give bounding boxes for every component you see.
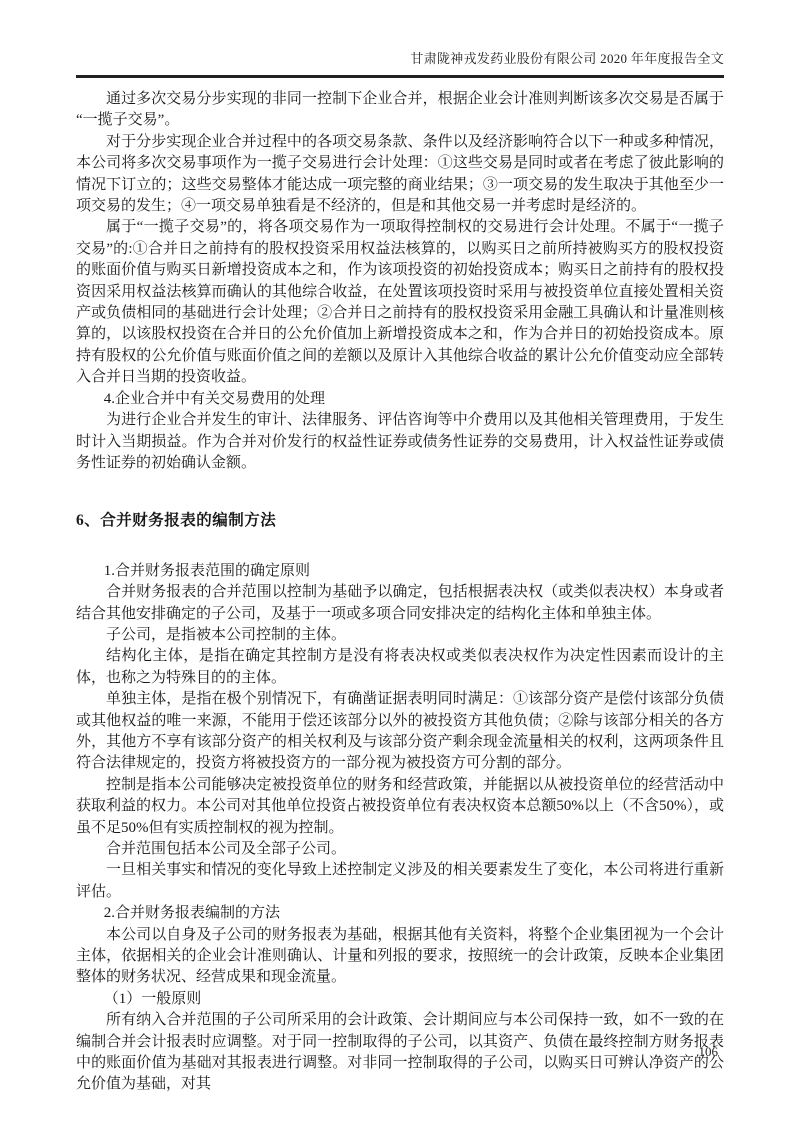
- paragraph: 本公司以自身及子公司的财务报表为基础，根据其他有关资料，将整个企业集团视为一个会…: [76, 925, 724, 989]
- paragraph: 合并财务报表的合并范围以控制为基础予以确定，包括根据表决权（或类似表决权）本身或…: [76, 582, 724, 625]
- paragraph: 一旦相关事实和情况的变化导致上述控制定义涉及的相关要素发生了变化，本公司将进行重…: [76, 860, 724, 903]
- paragraph: 控制是指本公司能够决定被投资单位的财务和经营政策，并能据以从被投资单位的经营活动…: [76, 775, 724, 839]
- paragraph: 对于分步实现企业合并过程中的各项交易条款、条件以及经济影响符合以下一种或多种情况…: [76, 132, 724, 218]
- page-number: 106: [699, 1044, 719, 1060]
- document-page: 甘肃陇神戎发药业股份有限公司 2020 年年度报告全文 通过多次交易分步实现的非…: [0, 0, 793, 1122]
- section-heading: 6、合并财务报表的编制方法: [76, 510, 724, 531]
- paragraph: 所有纳入合并范围的子公司所采用的会计政策、会计期间应与本公司保持一致，如不一致的…: [76, 1010, 724, 1096]
- paragraph: 结构化主体，是指在确定其控制方是没有将表决权或类似表决权作为决定性因素而设计的主…: [76, 646, 724, 689]
- paragraph: 属于“一揽子交易”的，将各项交易作为一项取得控制权的交易进行会计处理。不属于“一…: [76, 217, 724, 388]
- report-header-title: 甘肃陇神戎发药业股份有限公司 2020 年年度报告全文: [76, 50, 724, 75]
- numbered-item: 2.合并财务报表编制的方法: [76, 903, 724, 924]
- header-rule: [76, 75, 724, 78]
- paragraph: 为进行企业合并发生的审计、法律服务、评估咨询等中介费用以及其他相关管理费用，于发…: [76, 410, 724, 474]
- paragraph: 通过多次交易分步实现的非同一控制下企业合并，根据企业会计准则判断该多次交易是否属…: [76, 89, 724, 132]
- numbered-item: （1）一般原则: [76, 989, 724, 1010]
- paragraph: 合并范围包括本公司及全部子公司。: [76, 839, 724, 860]
- document-body: 通过多次交易分步实现的非同一控制下企业合并，根据企业会计准则判断该多次交易是否属…: [76, 89, 724, 1096]
- paragraph: 单独主体，是指在极个别情况下，有确凿证据表明同时满足：①该部分资产是偿付该部分负…: [76, 689, 724, 775]
- numbered-item: 1.合并财务报表范围的确定原则: [76, 561, 724, 582]
- paragraph: 子公司，是指被本公司控制的主体。: [76, 625, 724, 646]
- numbered-item: 4.企业合并中有关交易费用的处理: [76, 389, 724, 410]
